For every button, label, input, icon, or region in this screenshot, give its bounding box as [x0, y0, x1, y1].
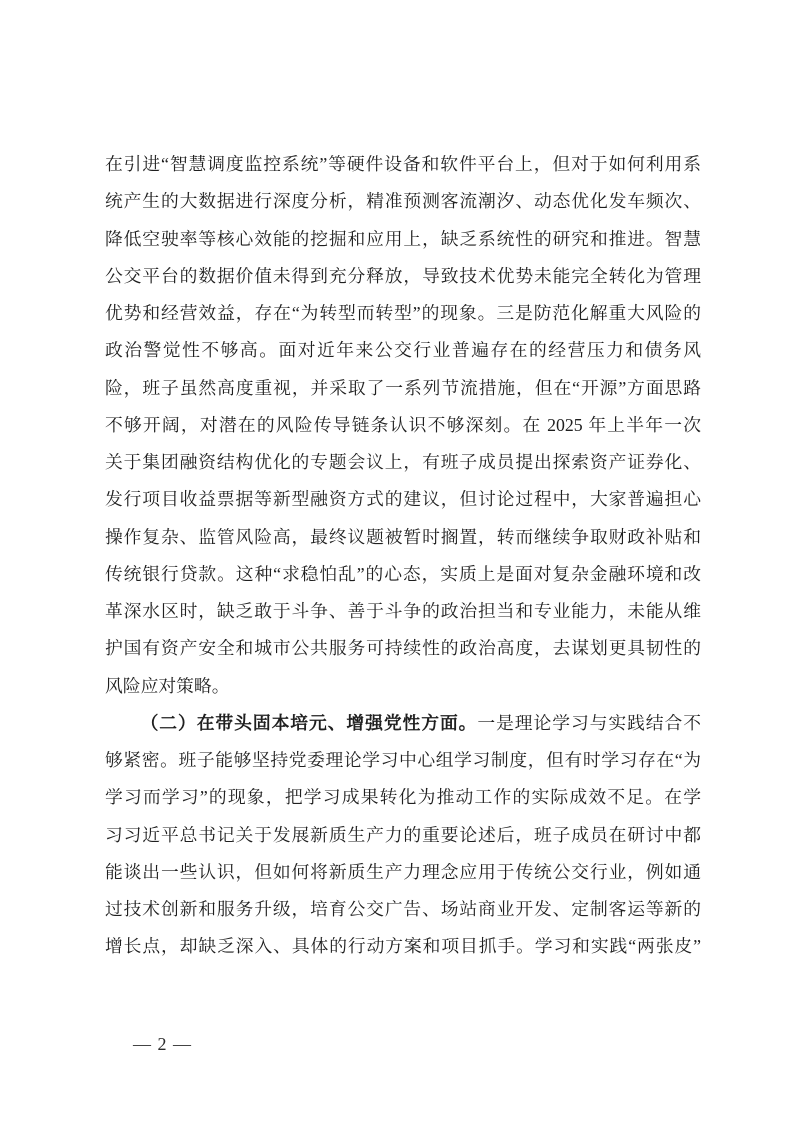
- text-line: 发行项目收益票据等新型融资方式的建议，但讨论过程中，大家普遍担心: [105, 481, 701, 518]
- text-segment: 险，班子虽然高度重视，并采取了一系列节流措施，但在“开源”方面思路: [105, 378, 701, 398]
- text-line: 优势和经营效益，存在“为转型而转型”的现象。三是防范化解重大风险的: [105, 295, 701, 332]
- text-line: 传统银行贷款。这种“求稳怕乱”的心态，实质上是面对复杂金融环境和改: [105, 556, 701, 593]
- text-line: 学习而学习”的现象，把学习成果转化为推动工作的实际成效不足。在学: [105, 779, 701, 816]
- text-line: 能谈出一些认识，但如何将新质生产力理念应用于传统公交行业，例如通: [105, 854, 701, 891]
- text-line: 统产生的大数据进行深度分析，精准预测客流潮汐、动态优化发车频次、: [105, 183, 701, 220]
- text-segment: 发行项目收益票据等新型融资方式的建议，但讨论过程中，大家普遍担心: [105, 489, 701, 509]
- text-segment: 能谈出一些认识，但如何将新质生产力理念应用于传统公交行业，例如通: [105, 862, 701, 882]
- text-line: 在引进“智慧调度监控系统”等硬件设备和软件平台上，但对于如何利用系: [105, 146, 701, 183]
- section-heading-bold: （二）在带头固本培元、增强党性方面。: [141, 713, 478, 733]
- text-segment: 不够开阔，对潜在的风险传导链条认识不够深刻。在 2025 年上半年一次: [105, 415, 701, 435]
- text-segment: 革深水区时，缺乏敢于斗争、善于斗争的政治担当和专业能力，未能从维: [105, 601, 701, 621]
- text-segment: 习习近平总书记关于发展新质生产力的重要论述后，班子成员在研讨中都: [105, 825, 701, 845]
- text-line: 习习近平总书记关于发展新质生产力的重要论述后，班子成员在研讨中都: [105, 817, 701, 854]
- text-segment: 增长点，却缺乏深入、具体的行动方案和项目抓手。学习和实践“两张皮”: [105, 936, 701, 956]
- text-segment: 传统银行贷款。这种“求稳怕乱”的心态，实质上是面对复杂金融环境和改: [105, 564, 701, 584]
- text-segment: 优势和经营效益，存在“为转型而转型”的现象。三是防范化解重大风险的: [105, 303, 701, 323]
- text-segment: 政治警觉性不够高。面对近年来公交行业普遍存在的经营压力和债务风: [105, 340, 701, 360]
- text-line: 降低空驶率等核心效能的挖掘和应用上，缺乏系统性的研究和推进。智慧: [105, 221, 701, 258]
- text-line: 过技术创新和服务升级，培育公交广告、场站商业开发、定制客运等新的: [105, 891, 701, 928]
- text-line: 公交平台的数据价值未得到充分释放，导致技术优势未能完全转化为管理: [105, 258, 701, 295]
- text-line: 护国有资产安全和城市公共服务可持续性的政治高度，去谋划更具韧性的: [105, 630, 701, 667]
- text-segment: 在引进“智慧调度监控系统”等硬件设备和软件平台上，但对于如何利用系: [105, 154, 701, 174]
- text-segment: 一是理论学习与实践结合不: [477, 713, 701, 733]
- text-line: 革深水区时，缺乏敢于斗争、善于斗争的政治担当和专业能力，未能从维: [105, 593, 701, 630]
- text-line: 增长点，却缺乏深入、具体的行动方案和项目抓手。学习和实践“两张皮”: [105, 928, 701, 965]
- text-line: 政治警觉性不够高。面对近年来公交行业普遍存在的经营压力和债务风: [105, 332, 701, 369]
- text-segment: 降低空驶率等核心效能的挖掘和应用上，缺乏系统性的研究和推进。智慧: [105, 229, 701, 249]
- text-segment: 关于集团融资结构优化的专题会议上，有班子成员提出探索资产证券化、: [105, 452, 701, 472]
- text-segment: 够紧密。班子能够坚持党委理论学习中心组学习制度，但有时学习存在“为: [105, 750, 701, 770]
- text-line: 够紧密。班子能够坚持党委理论学习中心组学习制度，但有时学习存在“为: [105, 742, 701, 779]
- text-line: 操作复杂、监管风险高，最终议题被暂时搁置，转而继续争取财政补贴和: [105, 519, 701, 556]
- document-page: 在引进“智慧调度监控系统”等硬件设备和软件平台上，但对于如何利用系统产生的大数据…: [0, 0, 793, 1122]
- text-segment: 学习而学习”的现象，把学习成果转化为推动工作的实际成效不足。在学: [105, 787, 701, 807]
- text-segment: 统产生的大数据进行深度分析，精准预测客流潮汐、动态优化发车频次、: [105, 191, 701, 211]
- text-segment: 操作复杂、监管风险高，最终议题被暂时搁置，转而继续争取财政补贴和: [105, 527, 701, 547]
- text-line: 不够开阔，对潜在的风险传导链条认识不够深刻。在 2025 年上半年一次: [105, 407, 701, 444]
- text-line: 风险应对策略。: [105, 668, 701, 705]
- text-block: 在引进“智慧调度监控系统”等硬件设备和软件平台上，但对于如何利用系统产生的大数据…: [105, 146, 701, 966]
- text-segment: 护国有资产安全和城市公共服务可持续性的政治高度，去谋划更具韧性的: [105, 638, 701, 658]
- text-line: （二）在带头固本培元、增强党性方面。一是理论学习与实践结合不: [105, 705, 701, 742]
- text-segment: 过技术创新和服务升级，培育公交广告、场站商业开发、定制客运等新的: [105, 899, 701, 919]
- text-line: 险，班子虽然高度重视，并采取了一系列节流措施，但在“开源”方面思路: [105, 370, 701, 407]
- page-number: — 2 —: [133, 1031, 192, 1057]
- text-segment: 风险应对策略。: [105, 676, 229, 696]
- text-segment: 公交平台的数据价值未得到充分释放，导致技术优势未能完全转化为管理: [105, 266, 701, 286]
- text-line: 关于集团融资结构优化的专题会议上，有班子成员提出探索资产证券化、: [105, 444, 701, 481]
